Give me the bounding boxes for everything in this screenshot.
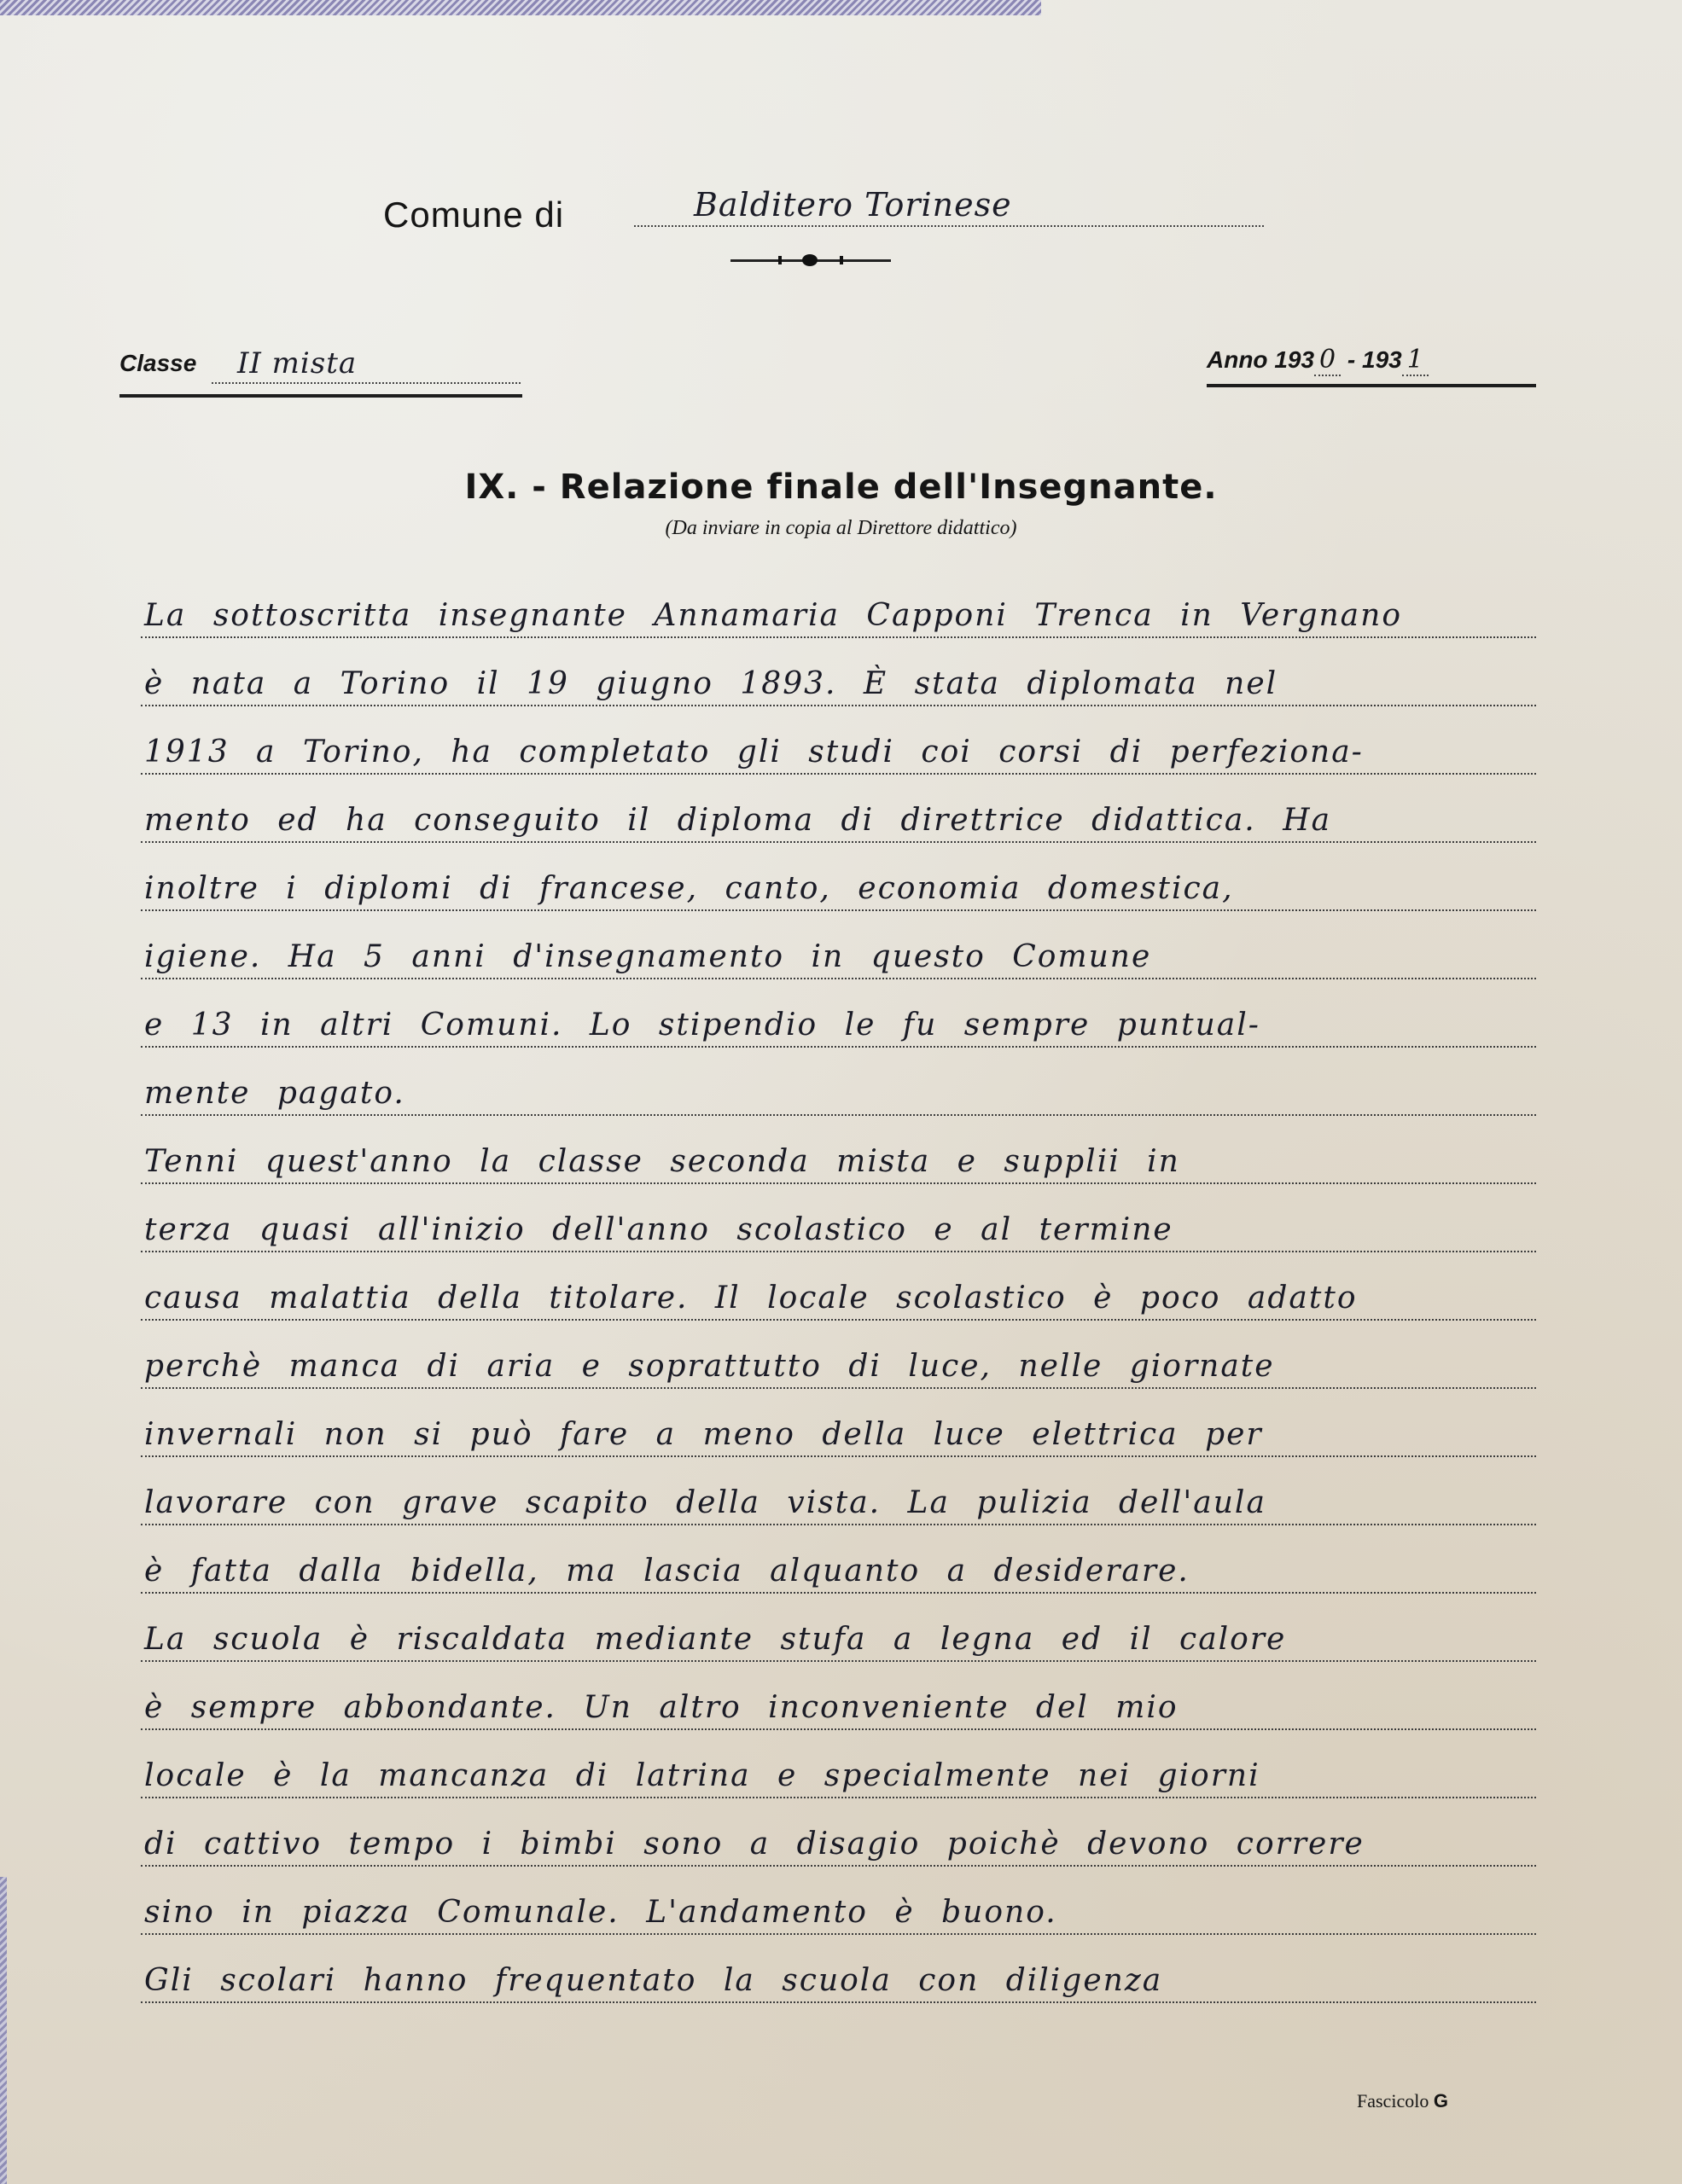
handwritten-line: Tenni quest'anno la classe seconda mista…: [144, 1144, 1180, 1179]
anno-rule: [1207, 384, 1536, 387]
handwritten-line: mento ed ha conseguito il diploma di dir…: [144, 803, 1331, 838]
ruled-line: La scuola è riscaldata mediante stufa a …: [141, 1602, 1536, 1662]
ruled-line: sino in piazza Comunale. L'andamento è b…: [141, 1875, 1536, 1935]
anno-start-prefix: 193: [1274, 346, 1314, 373]
handwritten-line: causa malattia della titolare. Il locale…: [144, 1281, 1358, 1316]
ruled-line: perchè manca di aria e soprattutto di lu…: [141, 1329, 1536, 1389]
classe-field: II mista: [212, 353, 521, 384]
anno-label: Anno: [1207, 346, 1268, 373]
ruled-line: lavorare con grave scapito della vista. …: [141, 1466, 1536, 1525]
fascicolo-label: Fascicolo: [1357, 2090, 1429, 2111]
handwritten-line: inoltre i diplomi di francese, canto, ec…: [144, 871, 1234, 906]
anno-end-prefix: 193: [1362, 346, 1402, 373]
anno-text: Anno 1930 - 1931: [1207, 345, 1536, 375]
ruled-line: La sottoscritta insegnante Annamaria Cap…: [141, 578, 1536, 638]
anno-block: Anno 1930 - 1931: [1207, 345, 1536, 375]
ruled-line: Gli scolari hanno frequentato la scuola …: [141, 1943, 1536, 2003]
ruled-line: mento ed ha conseguito il diploma di dir…: [141, 783, 1536, 843]
handwritten-line: locale è la mancanza di latrina e specia…: [144, 1758, 1260, 1793]
anno-start-suffix: 0: [1314, 345, 1341, 376]
handwritten-line: sino in piazza Comunale. L'andamento è b…: [144, 1895, 1057, 1930]
binding-strip-left: [0, 1877, 7, 2184]
handwritten-line: La scuola è riscaldata mediante stufa a …: [144, 1622, 1286, 1657]
ruled-line: di cattivo tempo i bimbi sono a disagio …: [141, 1807, 1536, 1867]
anno-separator: -: [1347, 346, 1355, 373]
ruled-line: causa malattia della titolare. Il locale…: [141, 1261, 1536, 1321]
handwritten-line: invernali non si può fare a meno della l…: [144, 1417, 1263, 1452]
comune-label: Comune di: [383, 195, 564, 235]
classe-rule: [119, 394, 522, 398]
classe-label: Classe: [119, 350, 196, 376]
page-title: IX. - Relazione finale dell'Insegnante.: [0, 468, 1682, 507]
classe-block: Classe II mista: [119, 350, 522, 377]
ruled-line: locale è la mancanza di latrina e specia…: [141, 1739, 1536, 1798]
ornament-tick-left: [778, 256, 782, 264]
fascicolo-letter: G: [1434, 2090, 1448, 2111]
comune-field: Balditero Torinese: [634, 176, 1264, 227]
handwritten-line: La sottoscritta insegnante Annamaria Cap…: [144, 598, 1402, 633]
ruled-line: Tenni quest'anno la classe seconda mista…: [141, 1124, 1536, 1184]
handwritten-line: 1913 a Torino, ha completato gli studi c…: [144, 735, 1364, 770]
handwritten-line: è fatta dalla bidella, ma lascia alquant…: [144, 1554, 1190, 1589]
handwritten-line: è nata a Torino il 19 giugno 1893. È sta…: [144, 666, 1278, 701]
ruled-line: è fatta dalla bidella, ma lascia alquant…: [141, 1534, 1536, 1594]
handwritten-line: perchè manca di aria e soprattutto di lu…: [144, 1349, 1275, 1384]
binding-strip-top: [0, 0, 1041, 15]
handwritten-line: terza quasi all'inizio dell'anno scolast…: [144, 1212, 1173, 1247]
ruled-line: è sempre abbondante. Un altro inconvenie…: [141, 1670, 1536, 1730]
ornament-tick-right: [840, 256, 843, 264]
handwritten-line: e 13 in altri Comuni. Lo stipendio le fu…: [144, 1008, 1260, 1043]
handwritten-line: mente pagato.: [144, 1076, 405, 1111]
ruled-line: igiene. Ha 5 anni d'insegnamento in ques…: [141, 920, 1536, 979]
handwritten-line: di cattivo tempo i bimbi sono a disagio …: [144, 1827, 1365, 1862]
page-subtitle: (Da inviare in copia al Direttore didatt…: [0, 517, 1682, 540]
ornament-dot: [802, 254, 818, 266]
handwritten-line: Gli scolari hanno frequentato la scuola …: [144, 1963, 1162, 1998]
classe-value: II mista: [237, 346, 357, 380]
comune-value: Balditero Torinese: [694, 186, 1012, 224]
ruled-line: invernali non si può fare a meno della l…: [141, 1397, 1536, 1457]
ruled-line: terza quasi all'inizio dell'anno scolast…: [141, 1193, 1536, 1252]
ruled-line: inoltre i diplomi di francese, canto, ec…: [141, 851, 1536, 911]
ruled-line: e 13 in altri Comuni. Lo stipendio le fu…: [141, 988, 1536, 1048]
anno-end-suffix: 1: [1402, 345, 1429, 376]
ruled-line: mente pagato.: [141, 1056, 1536, 1116]
fascicolo-footer: Fascicolo G: [1357, 2090, 1448, 2112]
ruled-line: è nata a Torino il 19 giugno 1893. È sta…: [141, 647, 1536, 706]
handwritten-line: lavorare con grave scapito della vista. …: [144, 1485, 1266, 1520]
handwritten-line: igiene. Ha 5 anni d'insegnamento in ques…: [144, 939, 1151, 974]
ruled-line: 1913 a Torino, ha completato gli studi c…: [141, 715, 1536, 775]
ornament-divider: [730, 259, 891, 262]
handwritten-line: è sempre abbondante. Un altro inconvenie…: [144, 1690, 1179, 1725]
